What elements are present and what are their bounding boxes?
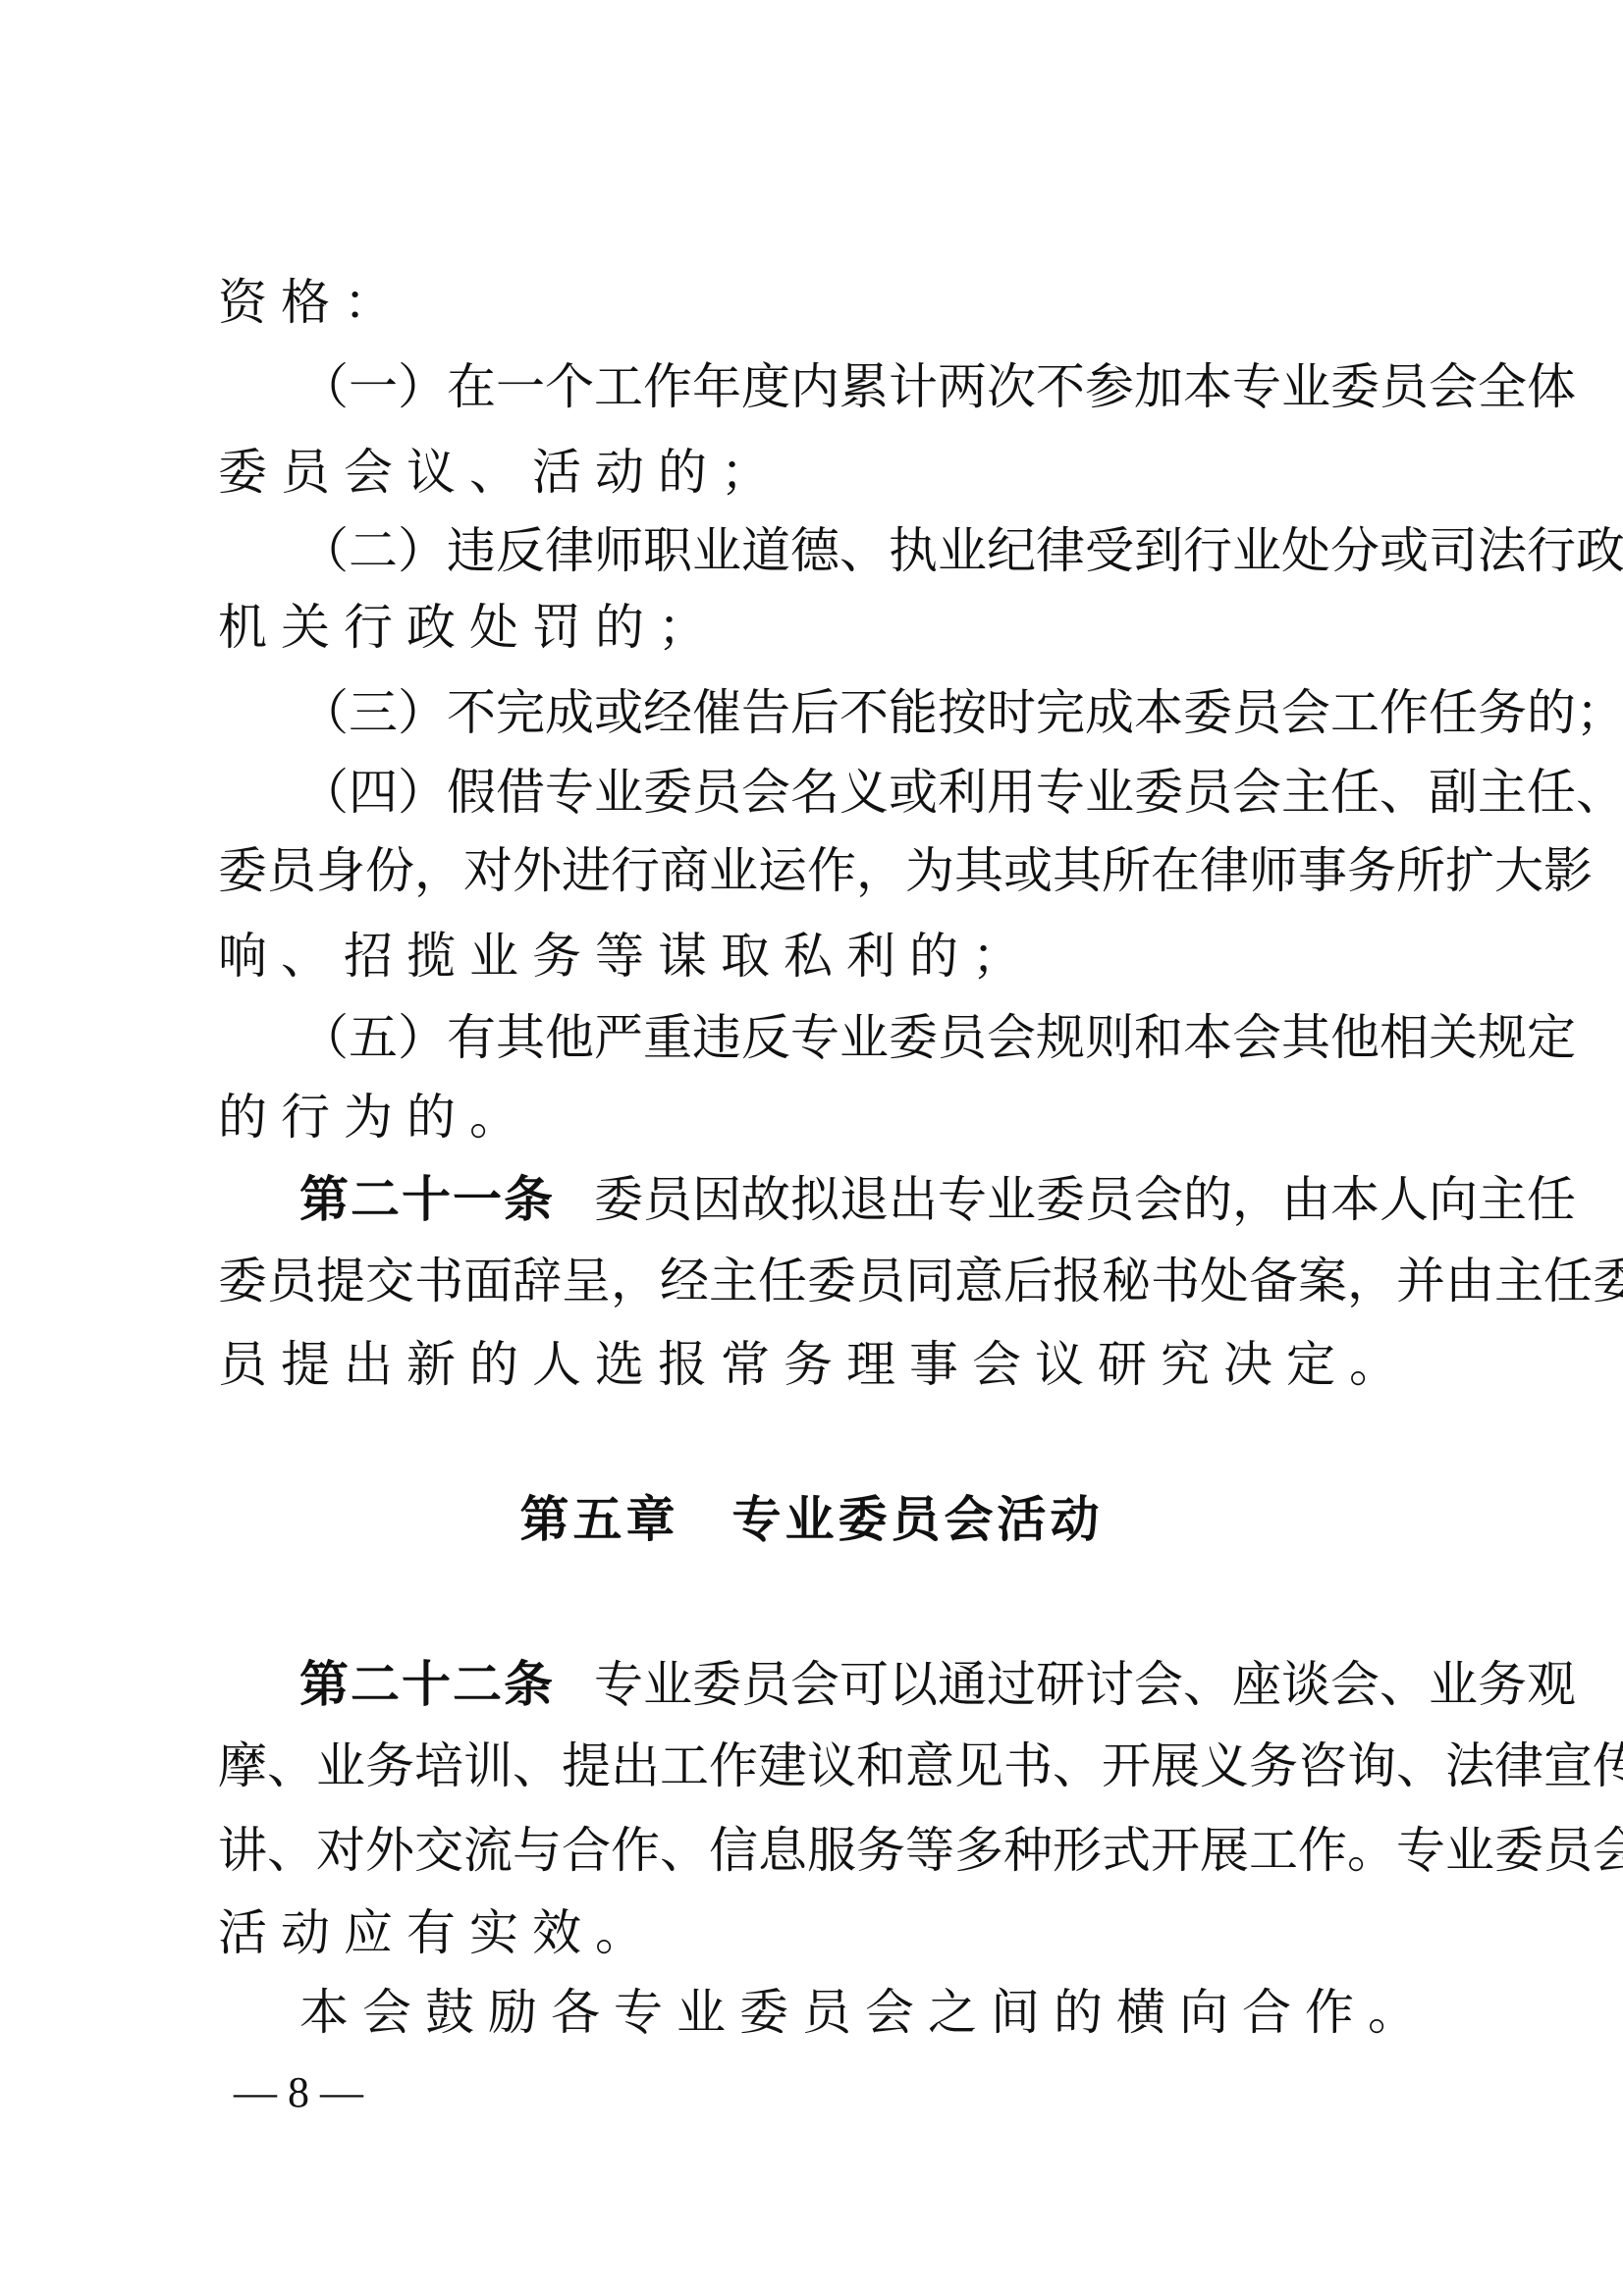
text-line: 本会鼓励各专业委员会之间的横向合作。 (299, 1981, 1424, 2044)
list-item-3: （三）不完成或经催告后不能按时完成本委员会工作任务的； (299, 681, 1424, 744)
chapter-heading: 第五章 专业委员会活动 (0, 1488, 1623, 1551)
article-21-text: 委员因故拟退出专业委员会的，由本人向主任 (594, 1168, 1576, 1231)
text-line: 委员提交书面辞呈，经主任委员同意后报秘书处备案，并由主任委 (218, 1250, 1424, 1312)
text-line: 委员会议、活动的； (218, 441, 1424, 504)
text-line: 委员身份，对外进行商业运作，为其或其所在律师事务所扩大影 (218, 839, 1424, 902)
list-item-1: （一）在一个工作年度内累计两次不参加本专业委员会全体 (299, 355, 1424, 418)
text-line: 的行为的。 (218, 1086, 1424, 1148)
text-line: 机关行政处罚的； (218, 596, 1424, 659)
text-line: 资格： (218, 271, 1424, 334)
list-item-4: （四）假借专业委员会名义或利用专业委员会主任、副主任、 (299, 761, 1424, 824)
page-number: — 8 — (234, 2061, 363, 2124)
article-22-paragraph: 第二十二条 专业委员会可以通过研讨会、座谈会、业务观 (299, 1653, 1424, 1716)
text-line: 活动应有实效。 (218, 1901, 1424, 1964)
article-21-label: 第二十一条 (299, 1168, 555, 1231)
article-21-paragraph: 第二十一条 委员因故拟退出专业委员会的，由本人向主任 (299, 1168, 1424, 1231)
article-22-text: 专业委员会可以通过研讨会、座谈会、业务观 (594, 1653, 1576, 1716)
text-line: 员提出新的人选报常务理事会议研究决定。 (218, 1333, 1424, 1396)
list-item-2: （二）违反律师职业道德、执业纪律受到行业处分或司法行政 (299, 519, 1424, 582)
list-item-5: （五）有其他严重违反专业委员会规则和本会其他相关规定 (299, 1006, 1424, 1069)
text-line: 响、招揽业务等谋取私利的； (218, 925, 1424, 988)
text-line: 摩、业务培训、提出工作建议和意见书、开展义务咨询、法律宣传宣 (218, 1735, 1424, 1797)
text-line: 讲、对外交流与合作、信息服务等多种形式开展工作。专业委员会 (218, 1819, 1424, 1882)
article-22-label: 第二十二条 (299, 1653, 555, 1716)
